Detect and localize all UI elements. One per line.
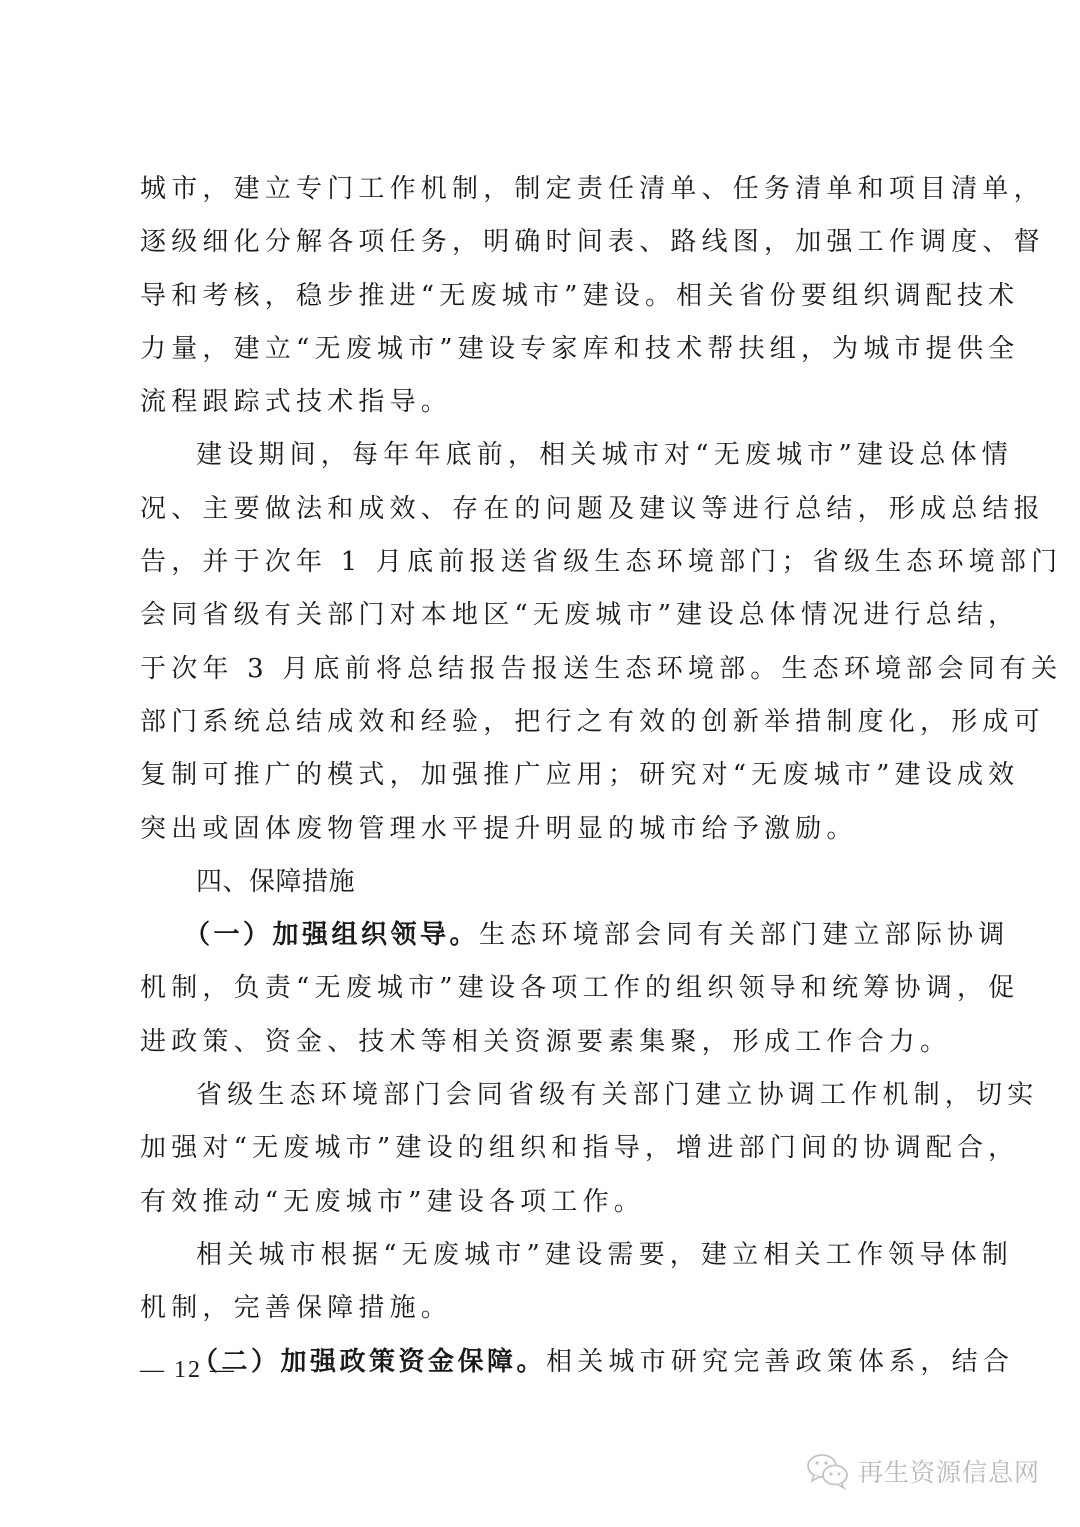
text-line: 进政策、资金、技术等相关资源要素集聚，形成工作合力。	[140, 1016, 940, 1069]
document-page: 城市，建立专门工作机制，制定责任清单、任务清单和项目清单， 逐级细化分解各项任务…	[140, 163, 940, 1389]
text-line: 于次年 3 月底前将总结报告报送生态环境部。生态环境部会同有关	[140, 643, 940, 696]
subsection-2-text: 相关城市研究完善政策体系，结合	[546, 1347, 1014, 1377]
page-number: — 12 —	[140, 1353, 236, 1387]
text-line: 告，并于次年 1 月底前报送省级生态环境部门；省级生态环境部门	[140, 536, 940, 589]
text-line: 相关城市根据“无废城市”建设需要，建立相关工作领导体制	[140, 1229, 940, 1282]
text-line: 有效推动“无废城市”建设各项工作。	[140, 1176, 940, 1229]
watermark: 再生资源信息网	[806, 1450, 1040, 1492]
subsection-1-first-line: （一）加强组织领导。生态环境部会同有关部门建立部际协调	[140, 909, 940, 962]
subsection-1-title: （一）加强组织领导。	[184, 920, 479, 950]
text-line: 况、主要做法和成效、存在的问题及建议等进行总结，形成总结报	[140, 483, 940, 536]
wechat-icon	[806, 1452, 850, 1490]
text-line: 流程跟踪式技术指导。	[140, 376, 940, 429]
text-line: 省级生态环境部门会同省级有关部门建立协调工作机制，切实	[140, 1069, 940, 1122]
text-line: 力量，建立“无废城市”建设专家库和技术帮扶组，为城市提供全	[140, 323, 940, 376]
subsection-2-title: （二）加强政策资金保障。	[192, 1347, 546, 1377]
text-line: 突出或固体废物管理水平提升明显的城市给予激励。	[140, 803, 940, 856]
text-line: 部门系统总结成效和经验，把行之有效的创新举措制度化，形成可	[140, 696, 940, 749]
text-line: 会同省级有关部门对本地区“无废城市”建设总体情况进行总结，	[140, 589, 940, 642]
watermark-text: 再生资源信息网	[858, 1453, 1040, 1489]
text-line: 机制，负责“无废城市”建设各项工作的组织领导和统筹协调，促	[140, 962, 940, 1015]
subsection-2-first-line: （二）加强政策资金保障。相关城市研究完善政策体系，结合	[140, 1336, 940, 1389]
text-line: 建设期间，每年年底前，相关城市对“无废城市”建设总体情	[140, 429, 940, 482]
subsection-1-text: 生态环境部会同有关部门建立部际协调	[479, 920, 1009, 950]
text-line: 导和考核，稳步推进“无废城市”建设。相关省份要组织调配技术	[140, 270, 940, 323]
text-line: 逐级细化分解各项任务，明确时间表、路线图，加强工作调度、督	[140, 216, 940, 269]
text-line: 城市，建立专门工作机制，制定责任清单、任务清单和项目清单，	[140, 163, 940, 216]
text-line: 机制，完善保障措施。	[140, 1282, 940, 1335]
text-line: 复制可推广的模式，加强推广应用；研究对“无废城市”建设成效	[140, 749, 940, 802]
text-line: 加强对“无废城市”建设的组织和指导，增进部门间的协调配合，	[140, 1122, 940, 1175]
section-heading: 四、保障措施	[140, 856, 940, 909]
